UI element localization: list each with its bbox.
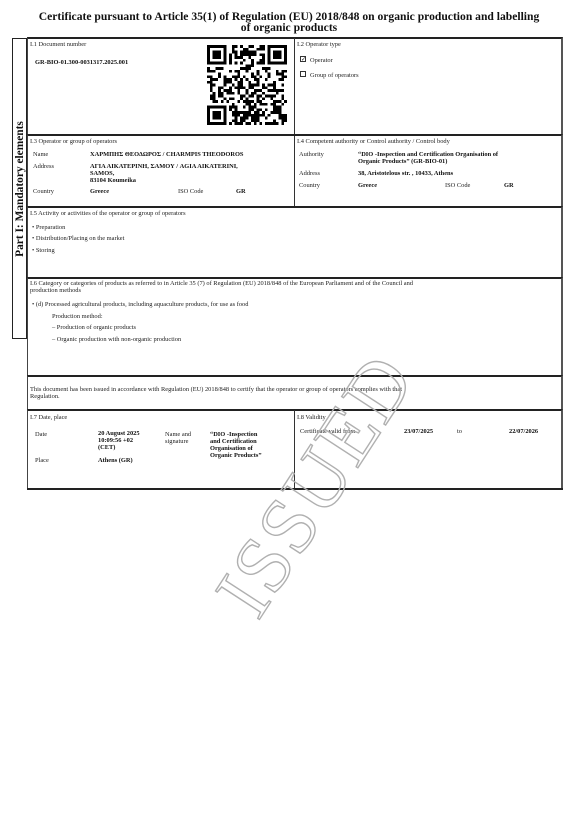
issue-place: Athens (GR): [98, 457, 133, 464]
title-line-2: of organic products: [10, 22, 568, 33]
operator-iso: GR: [236, 188, 246, 195]
valid-to-date: 22/07/2026: [509, 428, 538, 435]
authority-line-2: Organic Products” (GR-BIO-01): [358, 158, 498, 165]
authority-iso-label: ISO Code: [445, 182, 470, 189]
operator-address: ΑΓΙΑ ΑΙΚΑΤΕΡΙΝΗ, ΣΑΜΟΥ / AGIA AIKATERINI…: [90, 163, 238, 185]
product-category: • (d) Processed agricultural products, i…: [32, 301, 248, 308]
operator-checkbox[interactable]: ✓: [300, 56, 306, 62]
group-option-label: Group of operators: [310, 72, 359, 79]
production-method: – Organic production with non-organic pr…: [52, 336, 181, 343]
checkmark-icon: ✓: [301, 56, 306, 63]
authority-country-label: Country: [299, 182, 320, 189]
signature-line-4: Organic Products”: [210, 452, 262, 459]
valid-to-label: to: [457, 428, 462, 435]
certificate-title: Certificate pursuant to Article 35(1) of…: [10, 11, 568, 33]
signature-label-line-2: signature: [165, 438, 191, 445]
s12-heading: I.2 Operator type: [297, 41, 341, 48]
issue-date: 20 August 2025 10:09:56 +02 (CET): [98, 430, 140, 451]
production-method-label: Production method:: [52, 313, 103, 320]
authority-label: Authority: [299, 151, 324, 158]
address-line-2: SAMOS,: [90, 170, 238, 177]
authority-line-1: “DIO -Inspection and Certification Organ…: [358, 151, 498, 158]
s16-heading: I.6 Category or categories of products a…: [30, 281, 413, 294]
operator-country: Greece: [90, 188, 109, 195]
document-number: GR-BIO-01.300-0031317.2025.001: [35, 59, 128, 66]
authority-address: 38, Aristotelous str. , 10433, Athens: [358, 170, 453, 177]
side-label: Part I: Mandatory elements: [14, 121, 26, 257]
section-row-1: [27, 37, 563, 135]
bottom-border: [27, 488, 563, 490]
date-line-3: (CET): [98, 444, 140, 451]
s15-heading: I.5 Activity or activities of the operat…: [30, 210, 186, 217]
part-one-side-panel: Part I: Mandatory elements: [12, 38, 27, 339]
operator-name: ΧΑΡΜΠΗΣ ΘΕΟΔΩΡΟΣ / CHARMPIS THEODOROS: [90, 151, 243, 158]
compliance-statement: This document has been issued in accorda…: [30, 387, 402, 400]
authority-address-label: Address: [299, 170, 320, 177]
valid-from-date: 23/07/2025: [404, 428, 433, 435]
authority-name: “DIO -Inspection and Certification Organ…: [358, 151, 498, 165]
production-method: – Production of organic products: [52, 324, 136, 331]
operator-option-label: Operator: [310, 57, 333, 64]
qr-code-icon: [207, 45, 287, 125]
date-label: Date: [35, 431, 47, 438]
authority-iso: GR: [504, 182, 514, 189]
signature-line-1: “DIO -Inspection: [210, 431, 262, 438]
date-line-2: 10:09:56 +02: [98, 437, 140, 444]
valid-from-label: Certificate valid from: [300, 428, 355, 435]
statement-line-2: Regulation.: [30, 394, 402, 401]
s16-heading-line-1: I.6 Category or categories of products a…: [30, 281, 413, 288]
s17-heading: I.7 Date, place: [30, 414, 67, 421]
address-label: Address: [33, 163, 54, 170]
s14-heading: I.4 Competent authority or Control autho…: [297, 138, 450, 145]
column-divider: [294, 410, 295, 489]
signature-label: Name and signature: [165, 431, 191, 445]
signature-label-line-1: Name and: [165, 431, 191, 438]
iso-label: ISO Code: [178, 188, 203, 195]
date-line-1: 20 August 2025: [98, 430, 140, 437]
authority-country: Greece: [358, 182, 377, 189]
address-line-1: ΑΓΙΑ ΑΙΚΑΤΕΡΙΝΗ, ΣΑΜΟΥ / AGIA AIKATERINI…: [90, 163, 238, 170]
statement-line-1: This document has been issued in accorda…: [30, 387, 402, 394]
activity-item: • Distribution/Placing on the market: [32, 235, 124, 242]
country-label: Country: [33, 188, 54, 195]
place-label: Place: [35, 457, 49, 464]
name-label: Name: [33, 151, 48, 158]
activity-item: • Preparation: [32, 224, 65, 231]
group-of-operators-checkbox[interactable]: [300, 71, 306, 77]
signature-line-2: and Certification: [210, 438, 262, 445]
signature-line-3: Organisation of: [210, 445, 262, 452]
s13-heading: I.3 Operator or group of operators: [30, 138, 117, 145]
s18-heading: I.8 Validity: [297, 414, 326, 421]
address-line-3: 83104 Koumeika: [90, 177, 238, 184]
s11-heading: I.1 Document number: [30, 41, 86, 48]
s16-heading-line-2: production methods: [30, 288, 413, 295]
activity-item: • Storing: [32, 247, 55, 254]
signature-value: “DIO -Inspection and Certification Organ…: [210, 431, 262, 459]
